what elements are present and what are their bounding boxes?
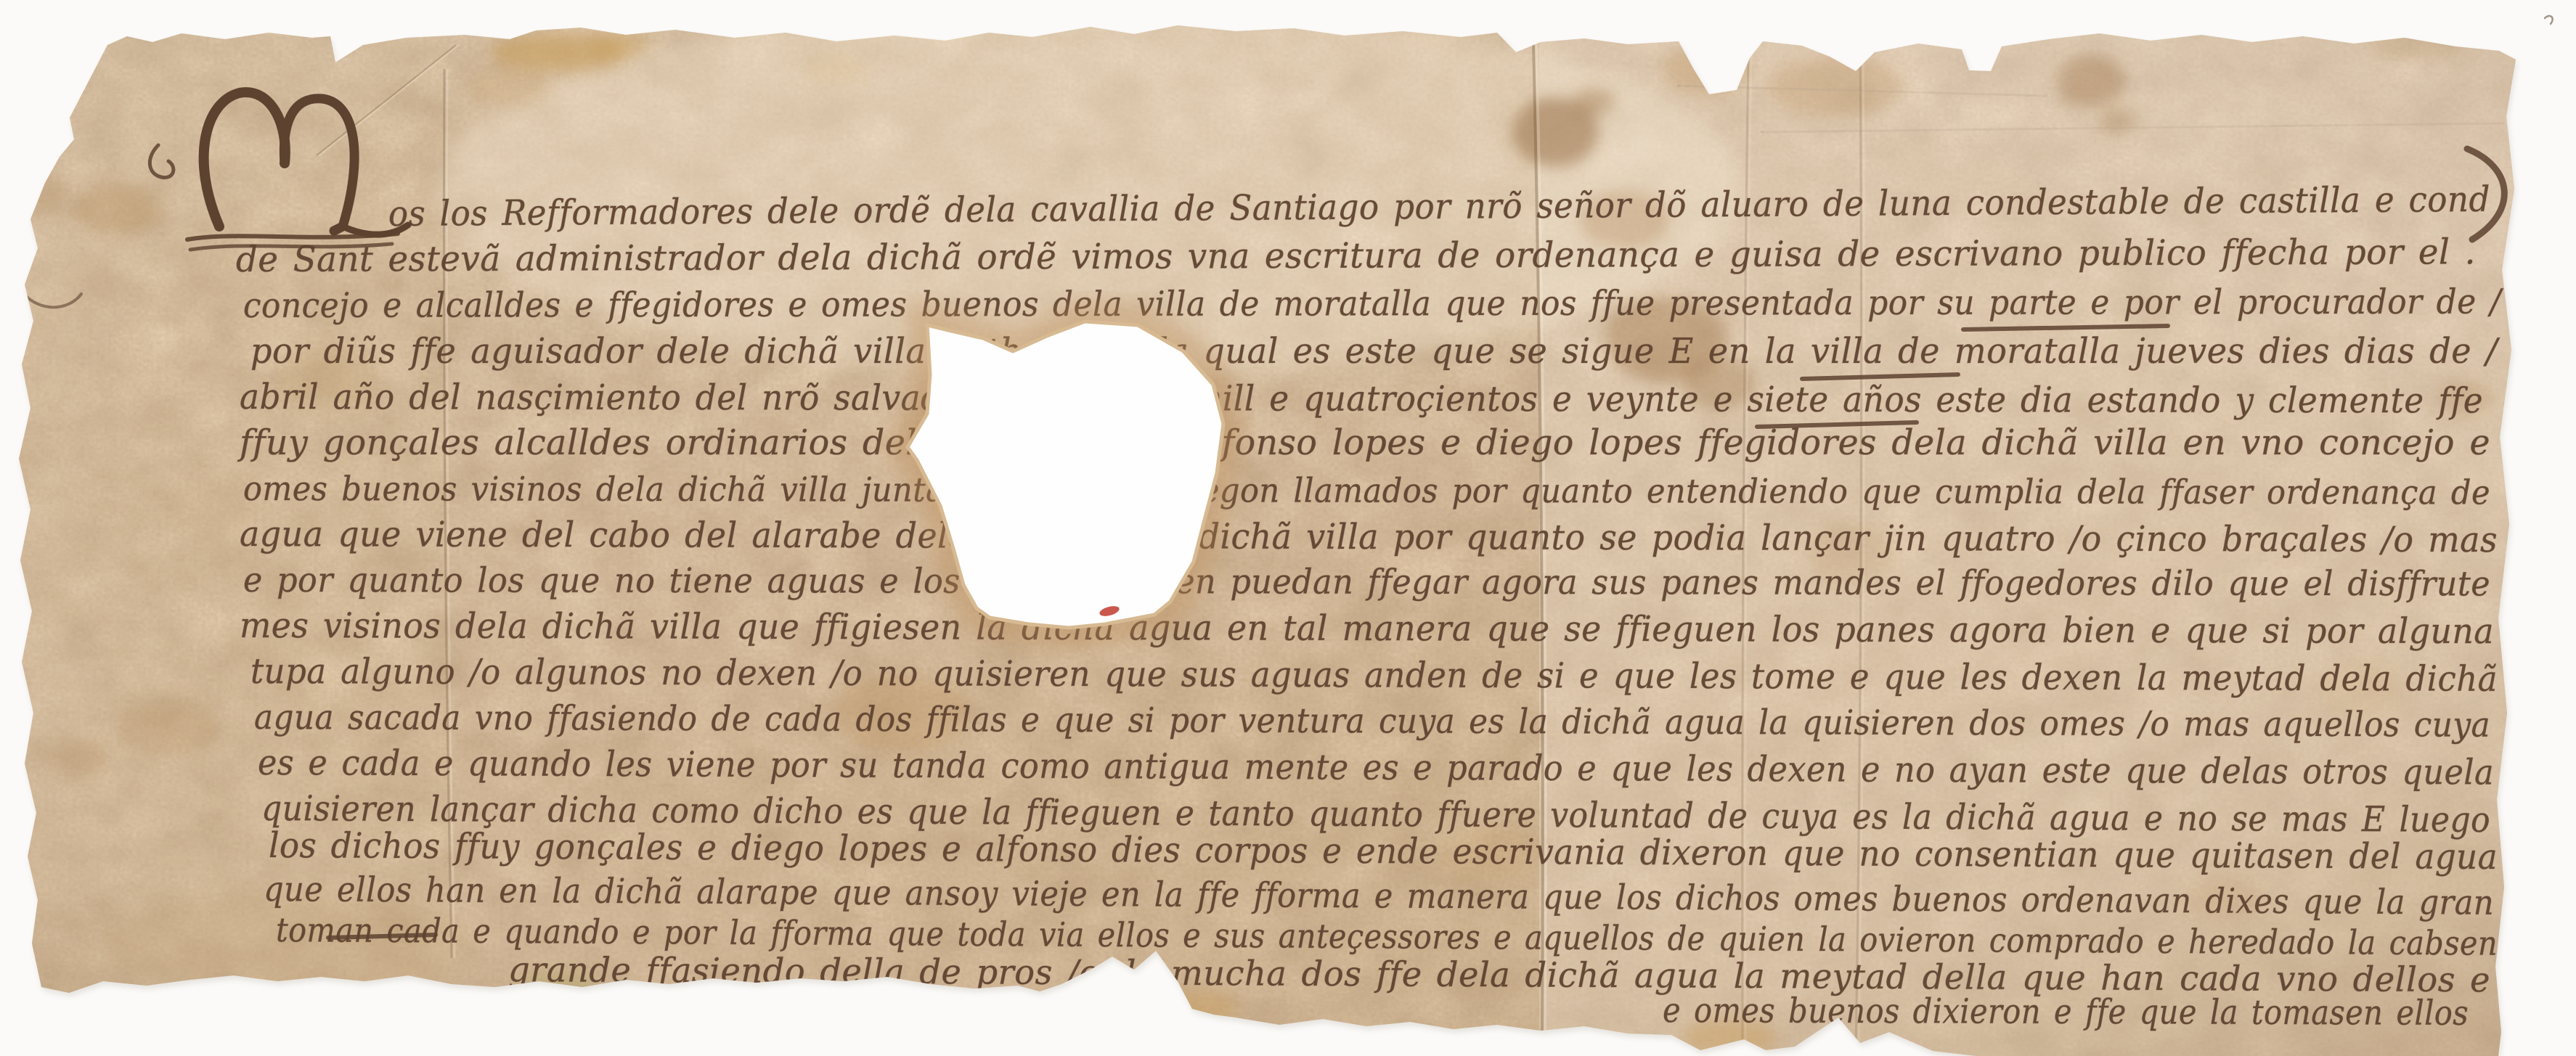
manuscript-line-19: e omes buenos dixieron e ffe que la toma… [1663,991,2469,1034]
scanned-manuscript-page: os los Refformadores dele ordẽ dela cava… [0,0,2576,1056]
manuscript-line-8: agua que viene del cabo del alarabe dela… [240,514,2498,560]
manuscript-line-6: ffuy gonçales alcalldes ordinarios dela … [237,422,2490,463]
manuscript-line-12: agua sacada vno ffasiendo de cada dos ff… [254,697,2490,745]
margin-pen-mark [2545,16,2553,24]
manuscript-line-4: por diũs ffe aguisador dele dichã villa … [250,331,2500,372]
manuscript-line-3: concejo e alcalldes e ffegidores e omes … [243,282,2504,326]
manuscript-line-2: de Sant estevã administrador dela dichã … [236,232,2476,280]
manuscript-line-9: e por quanto los que no tiene aguas e lo… [243,560,2490,604]
manuscript-line-7: omes buenos visinos dela dichã villa jun… [243,469,2490,512]
manuscript-svg: os los Refformadores dele ordẽ dela cava… [0,0,2576,1056]
manuscript-line-5: abril año del nasçimiento del nrõ salvad… [240,377,2483,421]
manuscript-line-10: mes visinos dela dichã villa que ffigies… [240,605,2494,652]
manuscript-line-11: tupa alguno /o algunos no dexen /o no qu… [250,651,2498,700]
